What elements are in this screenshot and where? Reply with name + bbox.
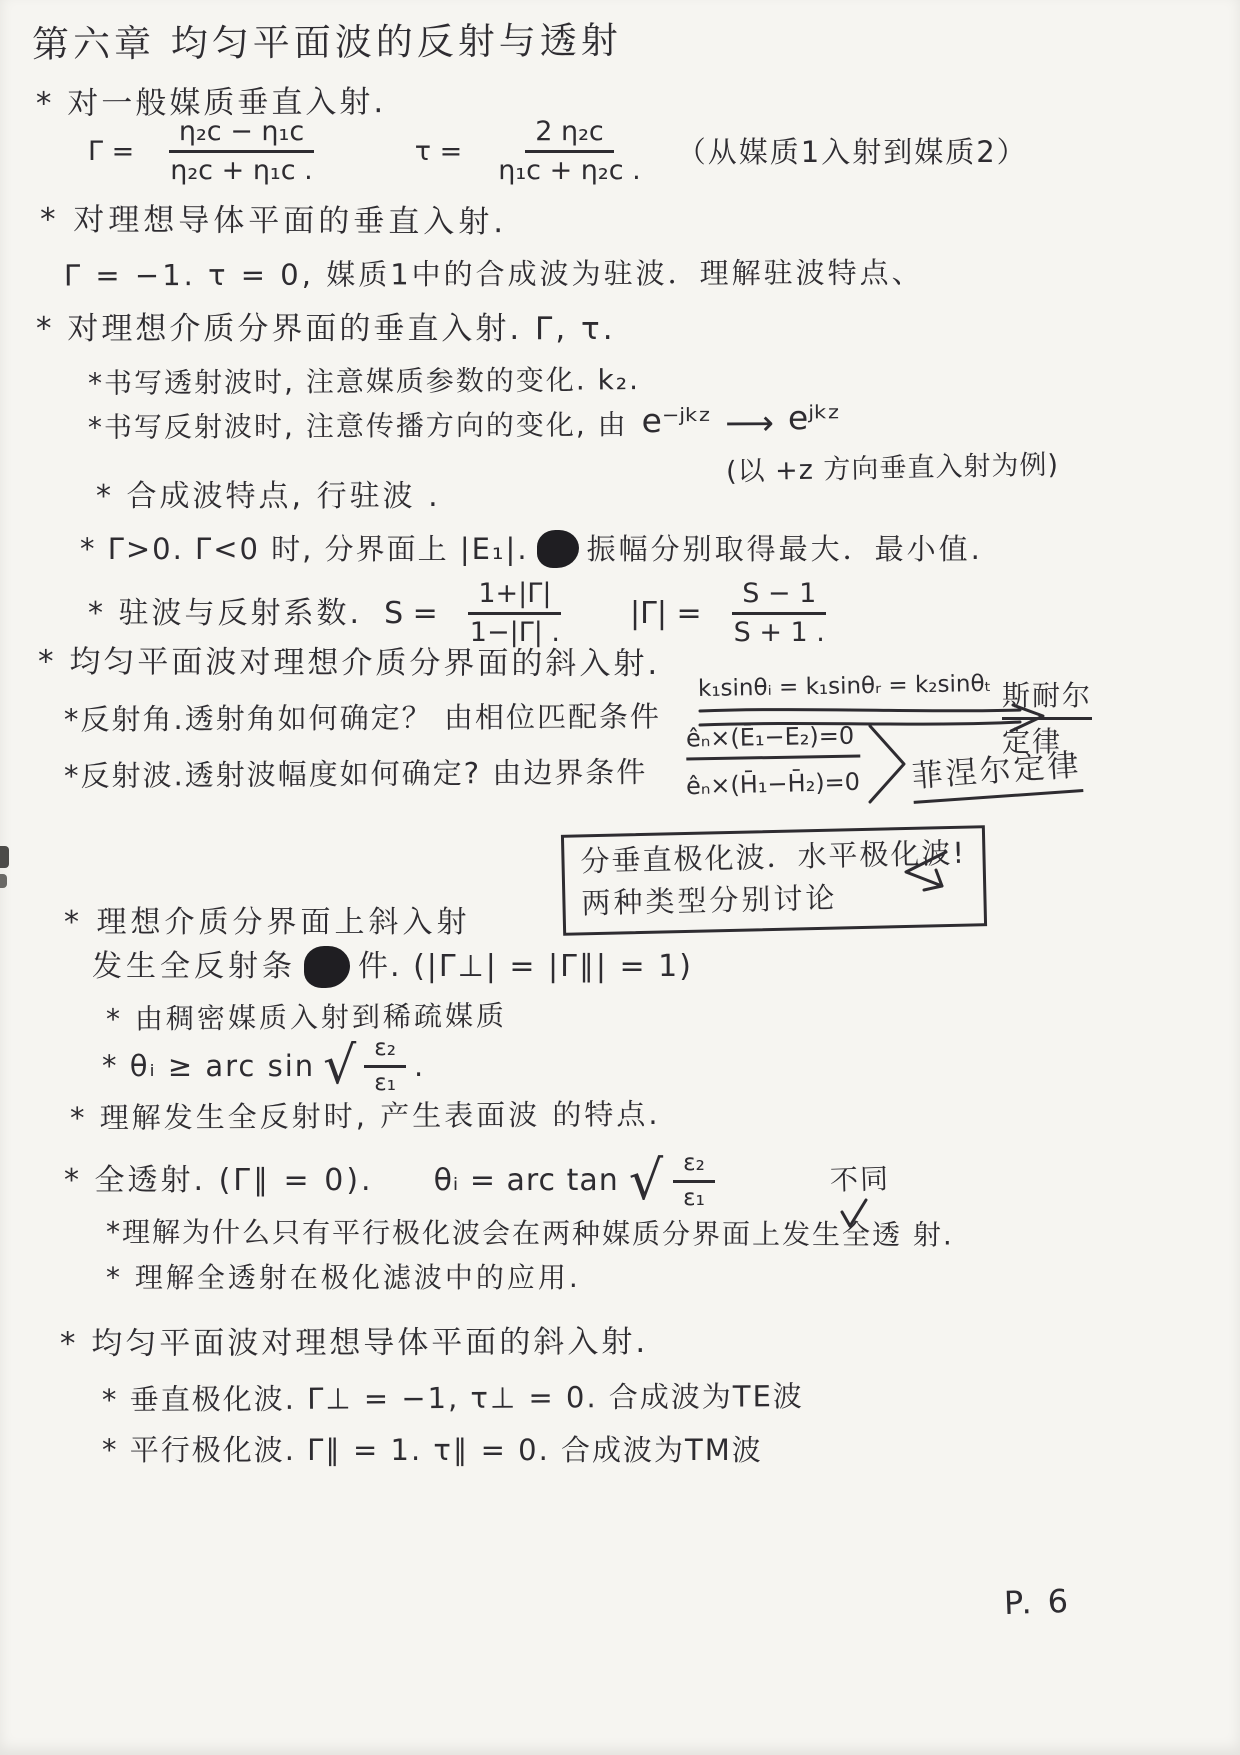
tau-fraction: 2 η₂c η₁c + η₂c . xyxy=(488,116,651,188)
reflected-wave-note-row: *书写反射波时, 注意传播方向的变化, 由 e⁻ʲᵏᶻ ⟶ eʲᵏᶻ xyxy=(88,402,840,448)
different-note: 不同 xyxy=(829,1161,890,1198)
brewster-numerator: ε₂ xyxy=(673,1150,715,1183)
swr-gamma-numerator: S − 1 xyxy=(732,578,826,615)
phase-matching-formula: k₁sinθᵢ = k₁sinθᵣ = k₂sinθₜ xyxy=(698,669,1048,704)
reflected-wave-note: *书写反射波时, 注意传播方向的变化, 由 xyxy=(88,407,628,445)
amplitude-question: *反射波.透射波幅度如何确定? 由边界条件 xyxy=(64,754,648,794)
swr-lead: * 驻波与反射系数. xyxy=(88,595,362,633)
exp-term-to: eʲᵏᶻ xyxy=(788,397,840,439)
swr-gamma-fraction: S − 1 S + 1 . xyxy=(724,578,835,650)
amplitude-extrema-tail: 振幅分别取得最大．最小值. xyxy=(587,531,983,567)
scanned-handwritten-notes-page: 第六章 均匀平面波的反射与透射 * 对一般媒质垂直入射. Γ = η₂c − η… xyxy=(0,0,1240,1755)
tau-denominator: η₁c + η₂c . xyxy=(488,153,651,187)
critical-angle-lhs: * θᵢ ≥ arc sin xyxy=(102,1048,315,1084)
heading-oblique-conductor: * 均匀平面波对理想导体平面的斜入射. xyxy=(60,1323,648,1364)
dense-to-sparse-note: * 由稠密媒质入射到稀疏媒质 xyxy=(106,998,507,1036)
perpendicular-polarization-line: * 垂直极化波. Γ⊥ = −1, τ⊥ = 0. 合成波为TE波 xyxy=(102,1378,804,1418)
critical-angle-denominator: ε₁ xyxy=(364,1068,406,1098)
total-reflection-condition-lead: 发生全反射条 xyxy=(92,948,296,986)
transmitted-wave-note: *书写透射波时, 注意媒质参数的变化. k₂. xyxy=(88,362,640,401)
swr-gamma-denominator: S + 1 . xyxy=(724,615,835,649)
heading-total-reflection: * 理想介质分界面上斜入射 xyxy=(64,904,471,942)
swr-s-numerator: 1+|Γ| xyxy=(468,578,561,615)
gamma-numerator: η₂c − η₁c xyxy=(169,116,314,153)
critical-angle-numerator: ε₂ xyxy=(364,1035,406,1068)
brewster-denominator: ε₁ xyxy=(673,1183,715,1213)
polarization-filter-note: * 理解全透射在极化滤波中的应用. xyxy=(106,1260,581,1295)
snell-law-line1: 斯耐尔 xyxy=(1002,678,1092,720)
total-transmission-row: * 全透射. (Γ∥ = 0). θᵢ = arc tan √ ε₂ ε₁ xyxy=(64,1150,715,1212)
critical-angle-fraction: ε₂ ε₁ xyxy=(364,1035,406,1097)
brewster-lhs: θᵢ = arc tan xyxy=(434,1162,619,1200)
sqrt-icon: √ xyxy=(323,1043,356,1090)
tau-numerator: 2 η₂c xyxy=(525,116,614,153)
critical-angle-row: * θᵢ ≥ arc sin √ ε₂ ε₁ . xyxy=(102,1035,423,1097)
total-transmission-lead: * 全透射. (Γ∥ = 0). xyxy=(64,1162,374,1200)
media-direction-note: （从媒质1入射到媒质2） xyxy=(677,134,1028,170)
swr-s-fraction: 1+|Γ| 1−|Γ| . xyxy=(460,578,570,650)
swr-formula-row: * 驻波与反射系数. S = 1+|Γ| 1−|Γ| . |Γ| = S − 1… xyxy=(88,578,835,650)
scan-edge-artifact xyxy=(0,874,7,888)
gamma-lhs: Γ = xyxy=(88,135,134,169)
why-parallel-note: *理解为什么只有平行极化波会在两种媒质分界面上发生全透 射. xyxy=(106,1215,954,1253)
big-chevron-arrow-icon xyxy=(866,722,910,806)
heading-oblique-dielectric: * 均匀平面波对理想介质分界面的斜入射. xyxy=(38,643,660,684)
fresnel-law-label: 菲涅尔定律 xyxy=(911,746,1084,803)
surface-wave-note: * 理解发生全反射时, 产生表面波 的特点. xyxy=(70,1096,661,1136)
page-number: P. 6 xyxy=(1003,1581,1071,1623)
boundary-conditions-group: êₙ×(Ē₁−Ē₂)=0 êₙ×(H̄₁−H̄₂)=0 xyxy=(686,722,860,799)
ink-scribble xyxy=(304,946,350,988)
amplitude-extrema-lead: * Γ>0. Γ<0 时, 分界面上 |E₁|. xyxy=(80,531,529,567)
doodle-arrow-icon xyxy=(896,848,952,910)
sqrt-icon: √ xyxy=(629,1157,663,1206)
formula-gamma-tau: Γ = η₂c − η₁c η₂c + η₁c . τ = 2 η₂c η₁c … xyxy=(88,116,1028,188)
swr-s-lhs: S = xyxy=(384,595,438,633)
gamma-fraction: η₂c − η₁c η₂c + η₁c . xyxy=(160,116,323,188)
tau-lhs: τ = xyxy=(415,135,462,169)
exp-term-from: e⁻ʲᵏᶻ xyxy=(641,399,711,441)
ink-scribble xyxy=(537,530,579,568)
brewster-fraction: ε₂ ε₁ xyxy=(673,1150,715,1212)
angles-question: *反射角.透射角如何确定？ 由相位匹配条件 xyxy=(64,698,661,737)
composite-wave-note: * 合成波特点, 行驻波 . xyxy=(96,478,441,516)
total-reflection-condition-tail: 件. (|Γ⊥| = |Γ∥| = 1) xyxy=(358,948,693,986)
amplitude-extrema-row: * Γ>0. Γ<0 时, 分界面上 |E₁|. 振幅分别取得最大．最小值. xyxy=(80,530,983,568)
heading-normal-incidence-conductor: * 对理想导体平面的垂直入射. xyxy=(40,201,507,242)
scan-edge-artifact xyxy=(0,846,9,868)
boundary-condition-h: êₙ×(H̄₁−H̄₂)=0 xyxy=(686,767,861,802)
gamma-denominator: η₂c + η₁c . xyxy=(160,153,323,187)
critical-angle-period: . xyxy=(414,1048,423,1084)
heading-normal-incidence-dielectric: * 对理想介质分界面的垂直入射. Γ, τ. xyxy=(36,310,616,349)
page-title: 第六章 均匀平面波的反射与透射 xyxy=(32,18,622,68)
boundary-condition-e: êₙ×(Ē₁−Ē₂)=0 xyxy=(686,720,861,760)
total-reflection-condition-row: 发生全反射条 件. (|Γ⊥| = |Γ∥| = 1) xyxy=(92,946,693,988)
arrow-right-icon: ⟶ xyxy=(725,402,774,445)
plus-z-example-note: (以 +z 方向垂直入射为例) xyxy=(726,449,1060,490)
conductor-result-line: Γ = −1. τ = 0, 媒质1中的合成波为驻波．理解驻波特点、 xyxy=(64,254,924,293)
parallel-polarization-line: * 平行极化波. Γ∥ = 1. τ∥ = 0. 合成波为TM波 xyxy=(102,1432,763,1468)
swr-gamma-lhs: |Γ| = xyxy=(630,595,702,633)
